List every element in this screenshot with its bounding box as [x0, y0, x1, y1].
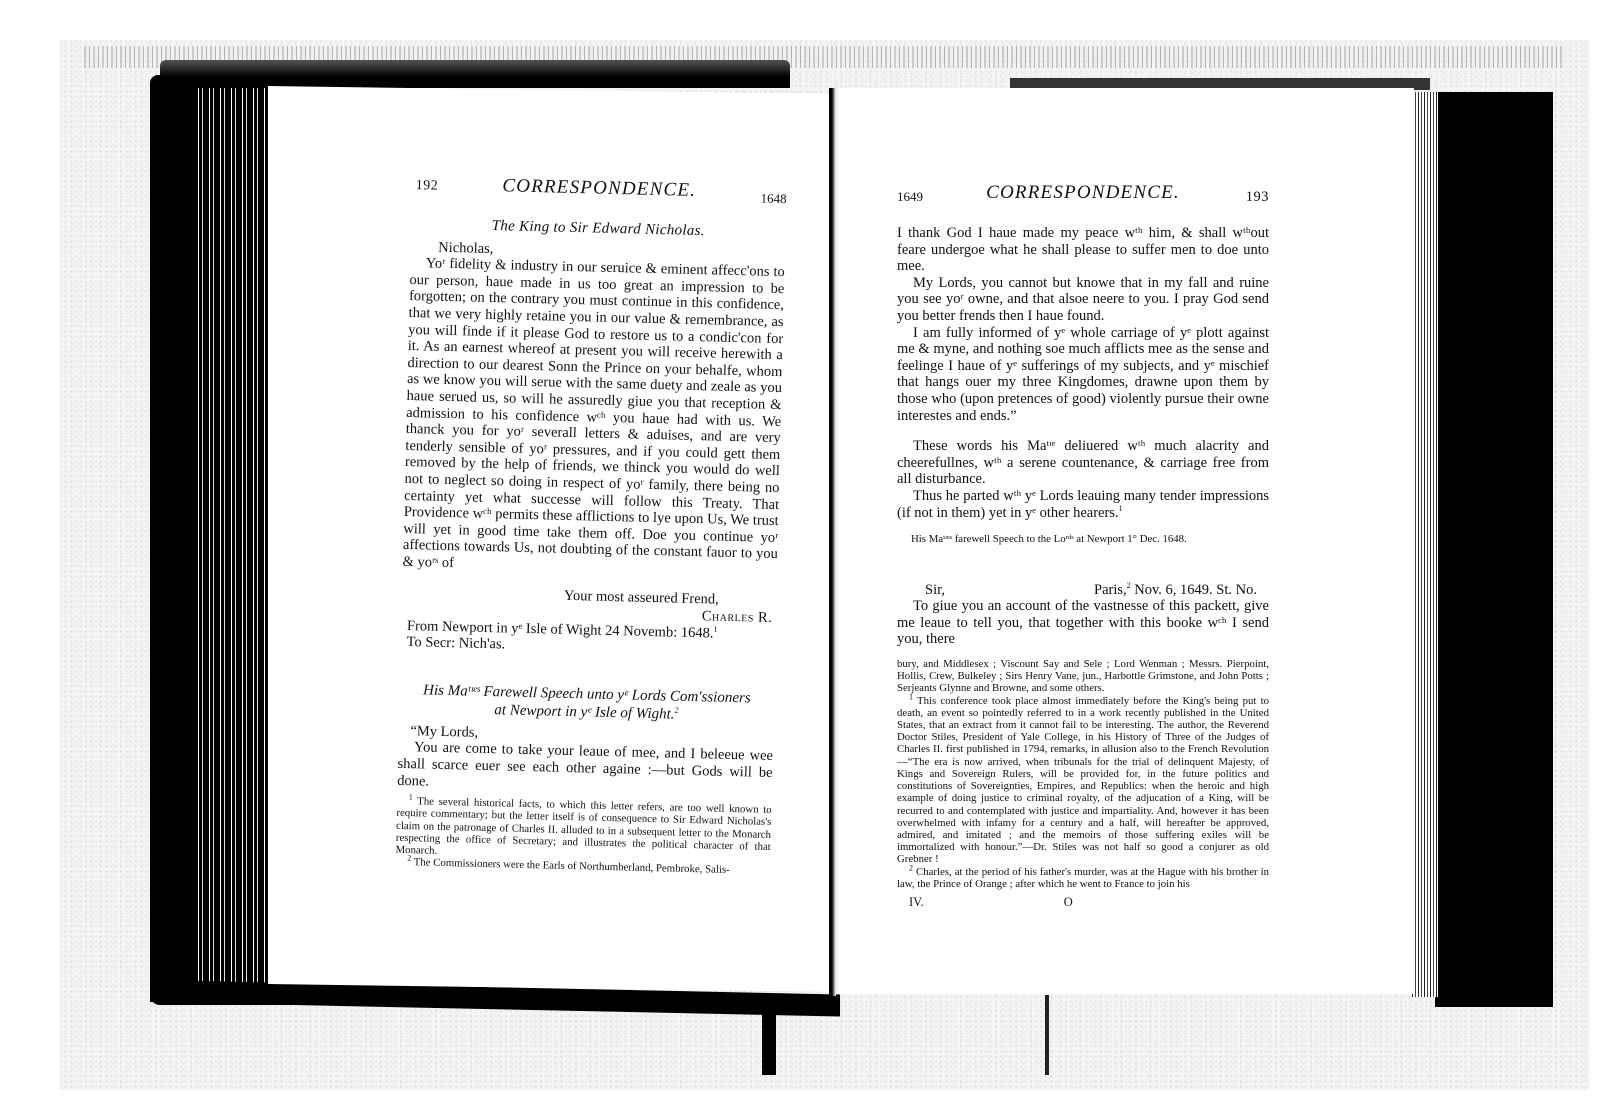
source-line: His Maᵗᶦᵉˢ farewell Speech to the Loʳᵈˢ … — [897, 531, 1269, 548]
right-page-edges — [1412, 92, 1438, 997]
narrative-paragraph: These words his Maᵗᶦᵉ deliuered wᵗʰ much… — [897, 438, 1269, 488]
footnote-ref: 1 — [1119, 504, 1123, 513]
letter-heading: Sir, Paris,2 Nov. 6, 1649. St. No. — [897, 582, 1269, 599]
running-head: 1649 CORRESPONDENCE. 193 — [897, 185, 1269, 215]
footnote: 2 Charles, at the period of his father's… — [897, 866, 1269, 890]
volume-mark: IV. — [909, 894, 924, 911]
letter-body: To giue you an account of the vastnesse … — [897, 598, 1269, 648]
right-page-content: 1649 CORRESPONDENCE. 193 I thank God I h… — [897, 185, 1269, 911]
place-date: Paris,2 Nov. 6, 1649. St. No. — [1094, 582, 1257, 599]
running-year: 1648 — [760, 191, 786, 208]
footnote: 1 The several historical facts, to which… — [395, 795, 771, 865]
sheet-mark: O — [1064, 894, 1073, 911]
speech-title: His Maᵗᶦᵉˢ Farewell Speech unto yᵉ Lords… — [399, 681, 775, 726]
right-cover — [1435, 92, 1553, 1007]
book-gutter — [829, 88, 836, 996]
spine-shadow — [762, 995, 776, 1075]
footnotes: bury, and Middlesex ; Viscount Say and S… — [897, 658, 1269, 890]
footnote-ref: 2 — [675, 705, 679, 714]
footnote-ref: 1 — [713, 624, 717, 633]
speech-paragraph: I thank God I haue made my peace wᵗʰ him… — [897, 225, 1269, 275]
speech-paragraph: I am fully informed of yᵉ whole carriage… — [897, 325, 1269, 425]
left-top-shadow — [160, 60, 790, 88]
footnote: 1 This conference took place almost imme… — [897, 695, 1269, 866]
salutation: Sir, — [925, 582, 945, 599]
letter-title: The King to Sir Edward Nicholas. — [411, 216, 786, 242]
letter-body: Yoʳ fidelity & industry in our seruice &… — [402, 255, 785, 579]
speech-body: You are come to take your leaue of mee, … — [397, 739, 773, 798]
running-title: CORRESPONDENCE. — [897, 185, 1269, 202]
page-number: 193 — [1246, 189, 1269, 206]
footnote-continuation: bury, and Middlesex ; Viscount Say and S… — [897, 658, 1269, 695]
signature-mark: IV. O — [897, 894, 1269, 911]
footnotes: 1 The several historical facts, to which… — [395, 795, 772, 877]
spine-shadow-right — [1045, 995, 1049, 1075]
speech-title-line-2: at Newport in yᵉ Isle of Wight. — [494, 702, 675, 722]
narrative-paragraph: Thus he parted wᵗʰ yᵉ Lords leauing many… — [897, 488, 1269, 521]
left-page-content: 192 CORRESPONDENCE. 1648 The King to Sir… — [395, 176, 787, 877]
speech-paragraph: My Lords, you cannot but knowe that in m… — [897, 275, 1269, 325]
